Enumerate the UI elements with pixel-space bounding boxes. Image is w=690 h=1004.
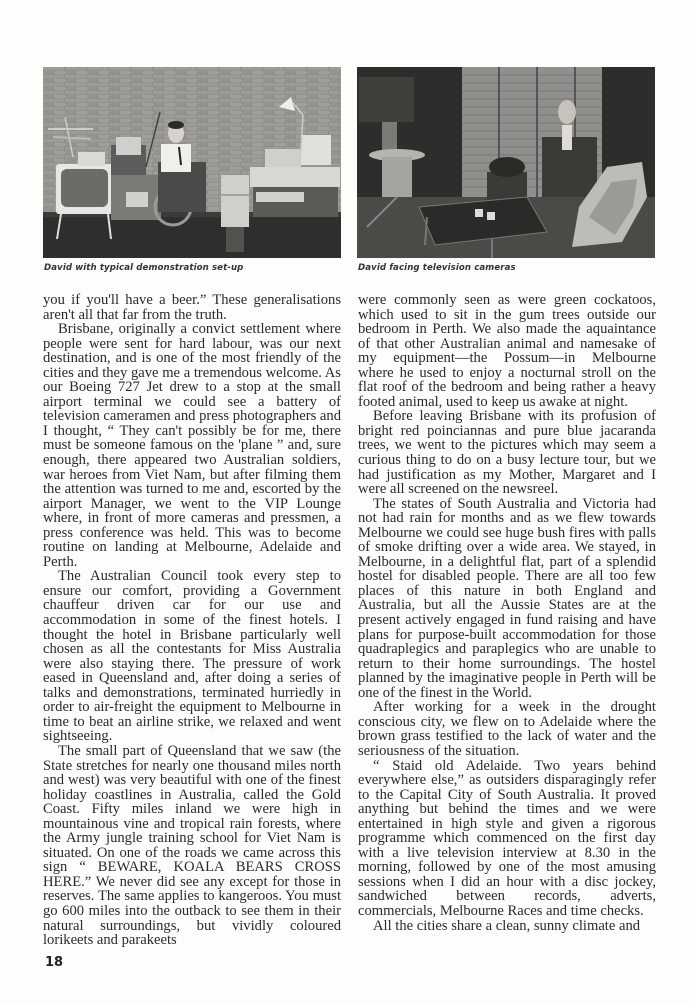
figure-caption: David with typical demonstration set-up <box>44 263 243 273</box>
paragraph: The Australian Council took every step t… <box>43 569 341 744</box>
paragraph: were commonly seen as were green cockato… <box>358 293 656 409</box>
television-studio-image <box>357 67 655 258</box>
paragraph: you if you'll have a beer.” These genera… <box>43 293 341 322</box>
paragraph: After working for a week in the drought … <box>358 700 656 758</box>
paragraph: The small part of Queensland that we saw… <box>43 744 341 948</box>
text-column-right: were commonly seen as were green cockato… <box>358 293 656 933</box>
paragraph: Brisbane, originally a convict settlemen… <box>43 322 341 569</box>
paragraph: The states of South Australia and Victor… <box>358 497 656 701</box>
text-column-left: you if you'll have a beer.” These genera… <box>43 293 341 948</box>
figure-caption: David facing television cameras <box>358 263 516 273</box>
paragraph: All the cities share a clean, sunny clim… <box>358 919 656 934</box>
demonstration-setup-image <box>43 67 341 258</box>
photo-demonstration-setup <box>43 67 341 258</box>
document-page: David with typical demonstration set-up <box>0 0 690 1004</box>
paragraph: Before leaving Brisbane with its profusi… <box>358 409 656 496</box>
paragraph: “ Staid old Adelaide. Two years behind e… <box>358 759 656 919</box>
page-number: 18 <box>45 955 63 970</box>
photo-television-studio <box>357 67 655 258</box>
